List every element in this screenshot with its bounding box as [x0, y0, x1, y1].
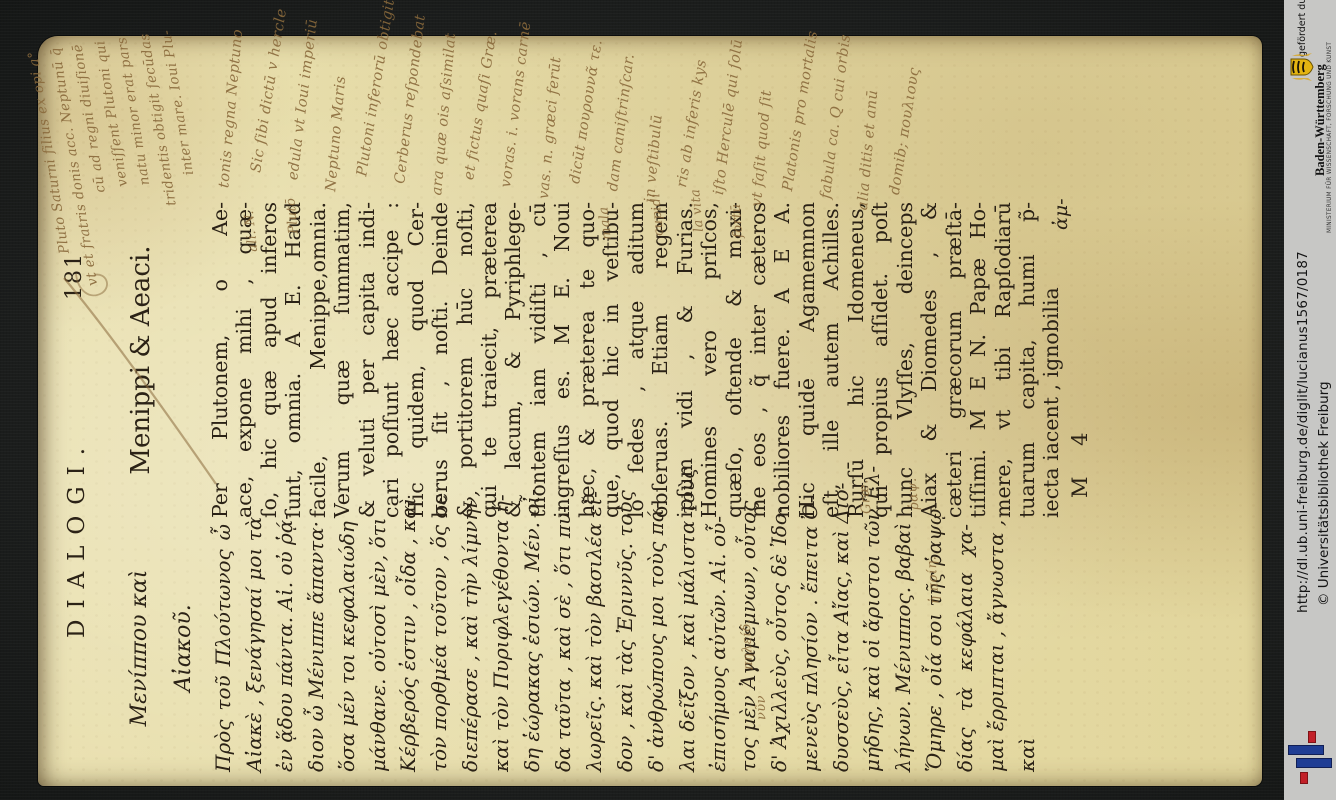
latin-line: ace, expone mihi , quæ- — [232, 202, 256, 518]
greek-line: δα ταῦτα , καὶ σὲ , ὅτι πυ- — [548, 524, 579, 772]
greek-line: ἐπισήμους αὐτῶν. Αἰ. οὗ- — [703, 524, 734, 772]
greek-line: διον ὦ Μένιππε ἅπαντα· — [301, 524, 332, 772]
latin-line: Verum quæ ſummatim, — [330, 202, 354, 518]
ministry-label: MINISTERIUM FÜR WISSENSCHAFT, FORSCHUNG … — [1327, 42, 1333, 233]
funding-label: gefördert durch — [1297, 0, 1308, 57]
latin-line: qui te traiecit, præterea — [477, 202, 501, 518]
latin-line: ipſum vidi , & Furias. — [673, 202, 697, 518]
latin-line: quæſo, oſtende & maxi- — [722, 202, 746, 518]
scan-url-label: http://dl.ub.uni-freiburg.de/diglit/luci… — [1295, 251, 1311, 613]
latin-line: ingreſſus es. M E. Noui — [550, 202, 574, 518]
greek-line: λήνων. Μένιππος. βαβαὶ — [888, 524, 919, 772]
greek-line: δ' Ἀχιλλεὺς, οὗτος δὲ Ἰδο- — [764, 524, 795, 772]
latin-line: & lacum, & Pyriphlege- — [501, 202, 525, 518]
greek-line: Ὅμηρε , οἷά σοι τῆς ῥαψῳ- — [919, 524, 950, 772]
catchword: ἀμ- — [1050, 198, 1072, 230]
latin-line: tiſſimi. M E N. Papæ Ho- — [966, 202, 990, 518]
greek-line: δίας τὰ κεφάλαια χα- — [950, 524, 981, 772]
greek-line: καὶ — [1012, 524, 1043, 772]
greek-line: δ' ἀνθρώπους μοι τοὺς πά- — [641, 524, 672, 772]
greek-line: τὸν πορθμέα τοῦτον , ὅς σε — [424, 524, 455, 772]
latin-line: & portitorem hūc noſti, — [453, 202, 477, 518]
greek-line: μενεὺς πλησίον . ἔπειτα Ὀ- — [795, 524, 826, 772]
greek-column-heading: Μενίππου καὶ Αἰακοῦ. — [118, 524, 206, 772]
latin-line: me eos , q̃ inter cæteros — [746, 202, 770, 518]
greek-line: λαι δεῖξον , καὶ μάλιστα τοὺς — [672, 524, 703, 772]
signature-mark: M 4 — [1068, 432, 1092, 498]
greek-line: δυσσεὺς, εἶτα Αἴας, καὶ Διο- — [826, 524, 857, 772]
latin-line: lo ſedes , atque aditum — [624, 202, 648, 518]
greek-line: Αἰακὲ , ξενάγησαί μοι τὰ — [239, 524, 270, 772]
greek-line: διεπέρασε , καὶ τὴν λίμνην, — [455, 524, 486, 772]
state-name-label: Baden-Württemberg — [1313, 64, 1328, 176]
greek-line: Πρὸς τοῦ Πλούτωνος ὦ — [208, 524, 239, 772]
latin-line: facile, Menippe,omnia. — [306, 202, 330, 518]
latin-line: nobiliores fuere. A E A. — [770, 202, 794, 518]
latin-line: eſt, ille autem Achilles. — [819, 202, 843, 518]
handwritten-margin-notes: tonis regna NeptunoSic ſibi dictū v herc… — [211, 28, 926, 213]
ub-freiburg-logo-icon — [1288, 731, 1334, 785]
latin-text-column: Per Plutonem, o Ae-ace, expone mihi , qu… — [208, 202, 1064, 518]
greek-text-column: Πρὸς τοῦ Πλούτωνος ὦΑἰακὲ , ξενάγησαί μο… — [208, 524, 1042, 772]
greek-heading-line2: Αἰακοῦ. — [162, 524, 206, 772]
latin-line: Homines vero priſcos, — [697, 202, 721, 518]
greek-heading-line1: Μενίππου καὶ — [118, 524, 162, 772]
copyright-label: © Universitätsbibliothek Freiburg — [1316, 381, 1332, 606]
latin-line: thontem iam vidiſti , cū — [526, 202, 550, 518]
latin-line: & veluti per capita indi- — [355, 202, 379, 518]
latin-line: hunc Vlyſſes, deinceps — [893, 202, 917, 518]
library-watermark-strip: gefördert durch Baden-Württemberg MINIST… — [1284, 0, 1336, 800]
greek-line: μάνθανε. οὑτοσὶ μὲν, ὅτι — [363, 524, 394, 772]
latin-line: Hic quidem, quod Cer- — [404, 202, 428, 518]
ink-flourish — [56, 266, 231, 496]
book-page-scan: DIALOGI. 181 Μενίππου καὶ Αἰακοῦ. Menipp… — [38, 36, 1262, 786]
greek-line: ὅσα μέν τοι κεφαλαιώδη — [332, 524, 363, 772]
greek-line: Κέρβερός ἐστιν , οἶδα , καὶ — [393, 524, 424, 772]
latin-line: berus ſit , noſti. Deinde — [428, 202, 452, 518]
latin-line: iecta iacent , ignobilia — [1039, 202, 1063, 518]
latin-line: ſunt, omnia. A E. Haud — [281, 202, 305, 518]
latin-line: cæteri græcorum præſtā- — [942, 202, 966, 518]
latin-line: cari poſſunt hæc accipe : — [379, 202, 403, 518]
latin-line: Aiax & Diomedes , & — [917, 202, 941, 518]
latin-line: que, quod hic in veſtibu- — [599, 202, 623, 518]
greek-line: τος μὲν Ἀγαμέμνων, οὗτος — [733, 524, 764, 772]
latin-line: hæc, & præterea te quo- — [575, 202, 599, 518]
latin-line: Rurſū hic Idomeneus, — [844, 202, 868, 518]
latin-line: ſo, hic quæ apud inferos — [257, 202, 281, 518]
greek-line: ἐν ᾅδου πάντα. Αἰ. οὐ ῥᾴ- — [270, 524, 301, 772]
greek-line: καὶ τὸν Πυριφλεγέθοντα ἤ- — [486, 524, 517, 772]
latin-line: mere, vt tibi Rapſodiarū — [991, 202, 1015, 518]
latin-line: obſeruas. Etiam regem — [648, 202, 672, 518]
greek-line: μήδης, καὶ οἱ ἄριστοι τῶν Ἑλ- — [857, 524, 888, 772]
greek-line: μαὶ ἔρριπται , ἄγνωστα , — [981, 524, 1012, 772]
greek-line: δη ἑώρακας ἐσιών. Μέν. οἶ- — [517, 524, 548, 772]
greek-line: λωρεῖς. καὶ τὸν βασιλέα εἶ- — [579, 524, 610, 772]
latin-line: tuarum capita, humi p̃- — [1015, 202, 1039, 518]
latin-line: qui propius aſſidet. poſt — [868, 202, 892, 518]
handwritten-corner-notes: Pluto Saturni filius ex opi a°vt et frat… — [22, 28, 215, 292]
latin-line: Hic quidē Agamemnon — [795, 202, 819, 518]
screenshot-root: { "page_colors":{"paper":"#e9e0af","ink"… — [0, 0, 1336, 800]
greek-line: δον , καὶ τὰς Ἐριννῦς. τοὺς — [610, 524, 641, 772]
